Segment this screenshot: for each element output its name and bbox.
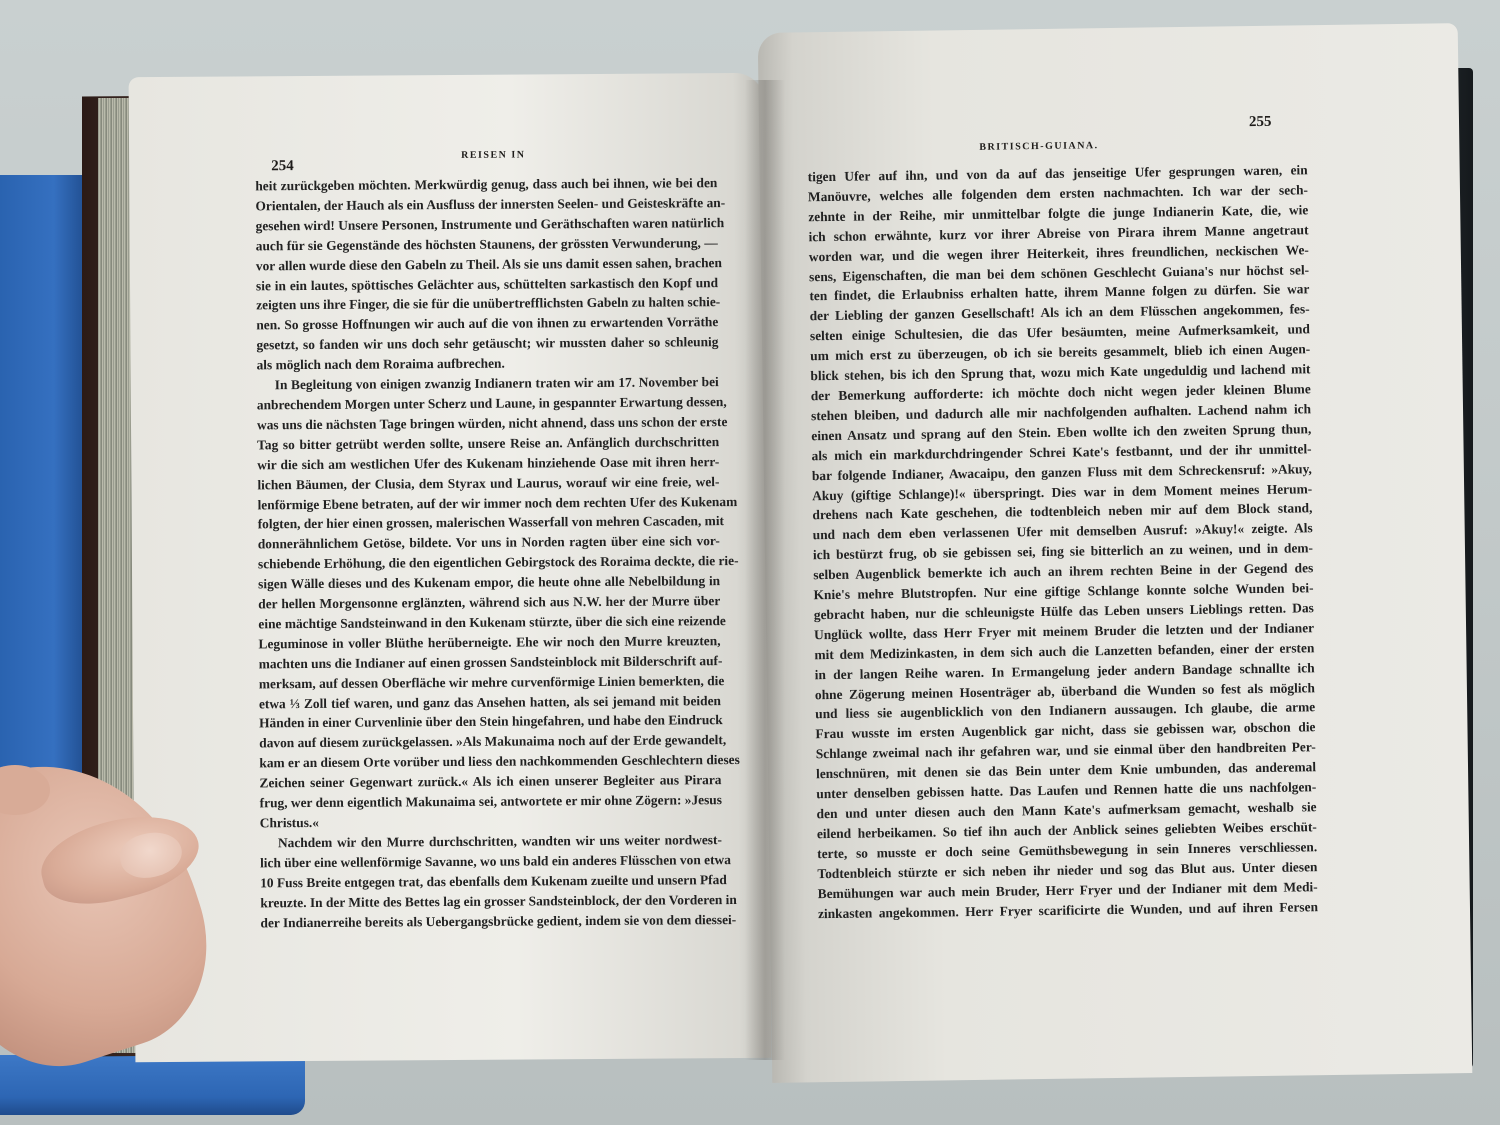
left-page: 254 REISEN IN heit zurückgeben möchten. … [129, 73, 772, 1062]
text-line: Tag so bitter getrübt werden sollte, uns… [257, 432, 719, 455]
book-gutter [745, 80, 785, 1060]
running-head: REISEN IN [461, 149, 525, 160]
background-blue-book: VOLL ER R Edite 840- [0, 175, 90, 775]
right-page: 255 BRITISCH-GUIANA. tigen Ufer auf ihn,… [758, 23, 1473, 1083]
page-number: 255 [1249, 114, 1272, 131]
text-line: machten uns die Indianer auf einen gross… [259, 651, 721, 674]
running-head: BRITISCH-GUIANA. [979, 140, 1098, 153]
text-line: vor allen wurde diese den Gabeln zu Thei… [256, 253, 718, 276]
page-number: 254 [271, 158, 294, 175]
text-line: 10 Fuss Breite entgegen trat, das ebenfa… [260, 870, 722, 893]
page-text: heit zurückgeben möchten. Merkwürdig gen… [255, 173, 722, 933]
page-text: tigen Ufer auf ihn, und von da auf das j… [808, 160, 1319, 923]
text-line: auch für sie Gegenstände des höchsten St… [256, 233, 718, 256]
text-line: frug, wer denn eigentlich Makunaima sei,… [260, 790, 722, 813]
text-line: kreuzte. In der Mitte des Bettes lag ein… [260, 890, 722, 913]
text-line: wir die sich am westlichen Ufer des Kuke… [257, 452, 719, 475]
text-line: der Indianerreihe bereits als Uebergangs… [260, 910, 722, 933]
text-line: lichen Bäumen, der Clusia, dem Styrax un… [257, 472, 719, 495]
text-line: gesetzt, so fanden wir uns doch sehr get… [256, 332, 718, 355]
text-line: merksam, auf dessen Oberfläche wir mehre… [259, 671, 721, 694]
